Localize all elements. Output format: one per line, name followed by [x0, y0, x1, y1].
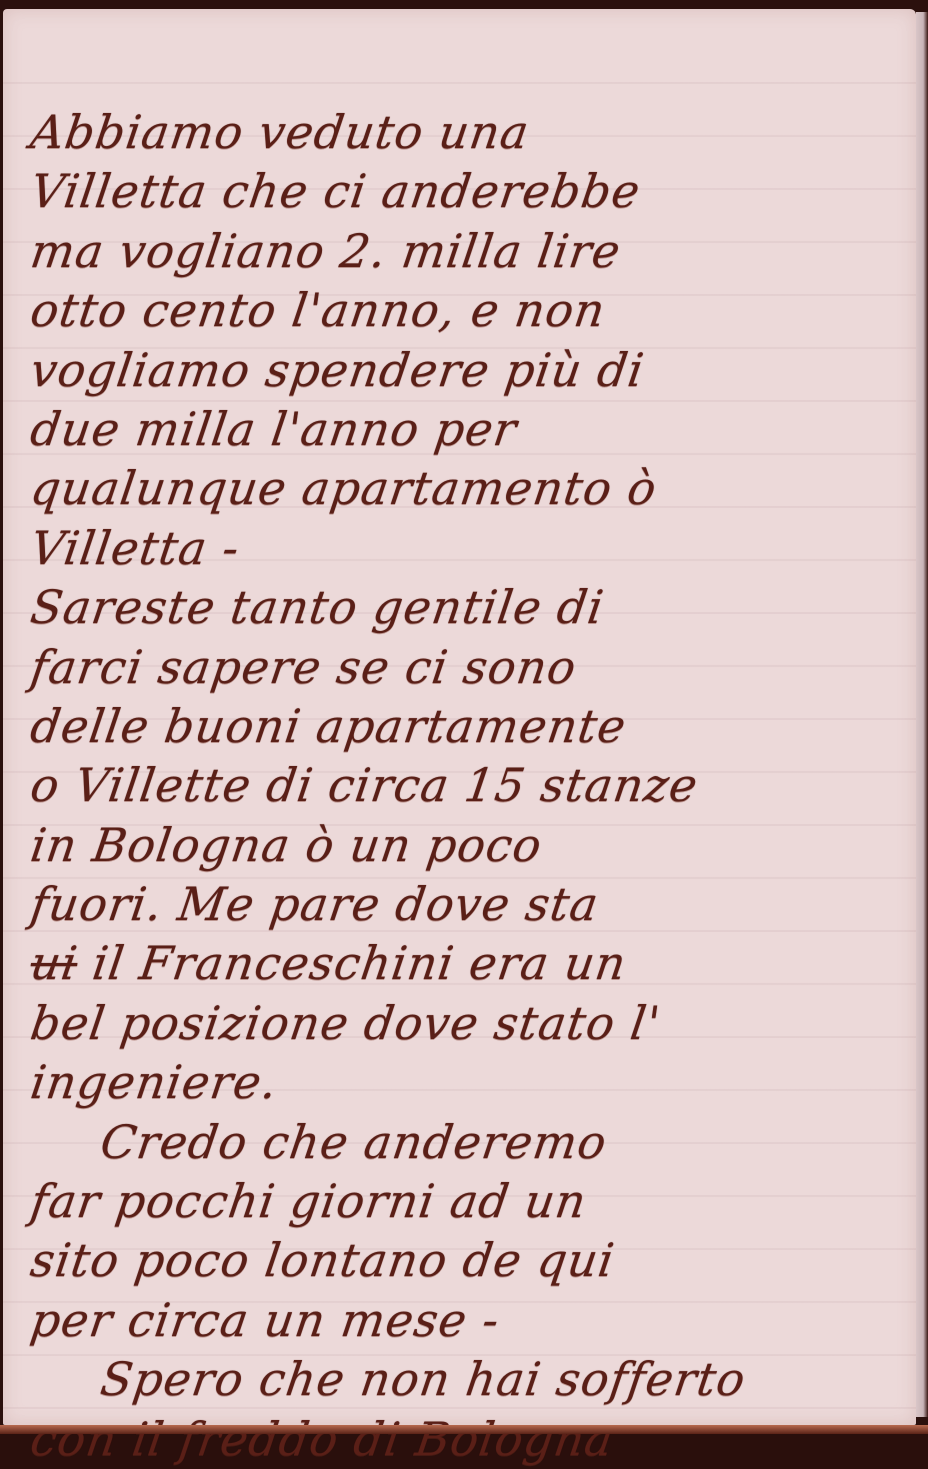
- text-line-3: ma vogliano 2. milla lire: [27, 222, 915, 281]
- text-line-15: ui il Franceschini era un: [27, 934, 915, 993]
- text-line-1: Abbiamo veduto una: [27, 103, 915, 162]
- text-line-20: sito poco lontano de qui: [27, 1231, 915, 1290]
- text-line-4: otto cento l'anno, e non: [27, 281, 915, 340]
- text-line-22: Spero che non hai sofferto: [27, 1350, 915, 1409]
- text-line-15-content: il Franceschini era un: [89, 936, 630, 990]
- text-line-9: Sareste tanto gentile di: [27, 578, 915, 637]
- text-line-13: in Bologna ò un poco: [27, 816, 915, 875]
- frame-bottom-edge: [0, 1425, 928, 1434]
- text-line-16: bel posizione dove stato l': [27, 994, 915, 1053]
- text-line-5: vogliamo spendere più di: [27, 341, 915, 400]
- page-stack-edge: [916, 12, 928, 1417]
- text-line-7: qualunque apartamento ò: [27, 459, 915, 518]
- text-line-18: Credo che anderemo: [27, 1113, 915, 1172]
- text-line-14: fuori. Me pare dove sta: [27, 875, 915, 934]
- text-line-11: delle buoni apartamente: [27, 697, 915, 756]
- struck-word: ui: [27, 936, 81, 990]
- text-line-21: per circa un mese -: [27, 1291, 915, 1350]
- text-line-17: ingeniere.: [27, 1053, 915, 1112]
- text-line-8: Villetta -: [27, 519, 915, 578]
- handwritten-text: Abbiamo veduto una Villetta che ci ander…: [31, 103, 911, 1434]
- letter-page: Abbiamo veduto una Villetta che ci ander…: [3, 9, 916, 1425]
- text-line-2: Villetta che ci anderebbe: [27, 162, 915, 221]
- text-line-10: farci sapere se ci sono: [27, 638, 915, 697]
- scan-frame: Abbiamo veduto una Villetta che ci ander…: [0, 0, 928, 1434]
- text-line-12: o Villette di circa 15 stanze: [27, 756, 915, 815]
- text-line-6: due milla l'anno per: [27, 400, 915, 459]
- text-line-19: far pocchi giorni ad un: [27, 1172, 915, 1231]
